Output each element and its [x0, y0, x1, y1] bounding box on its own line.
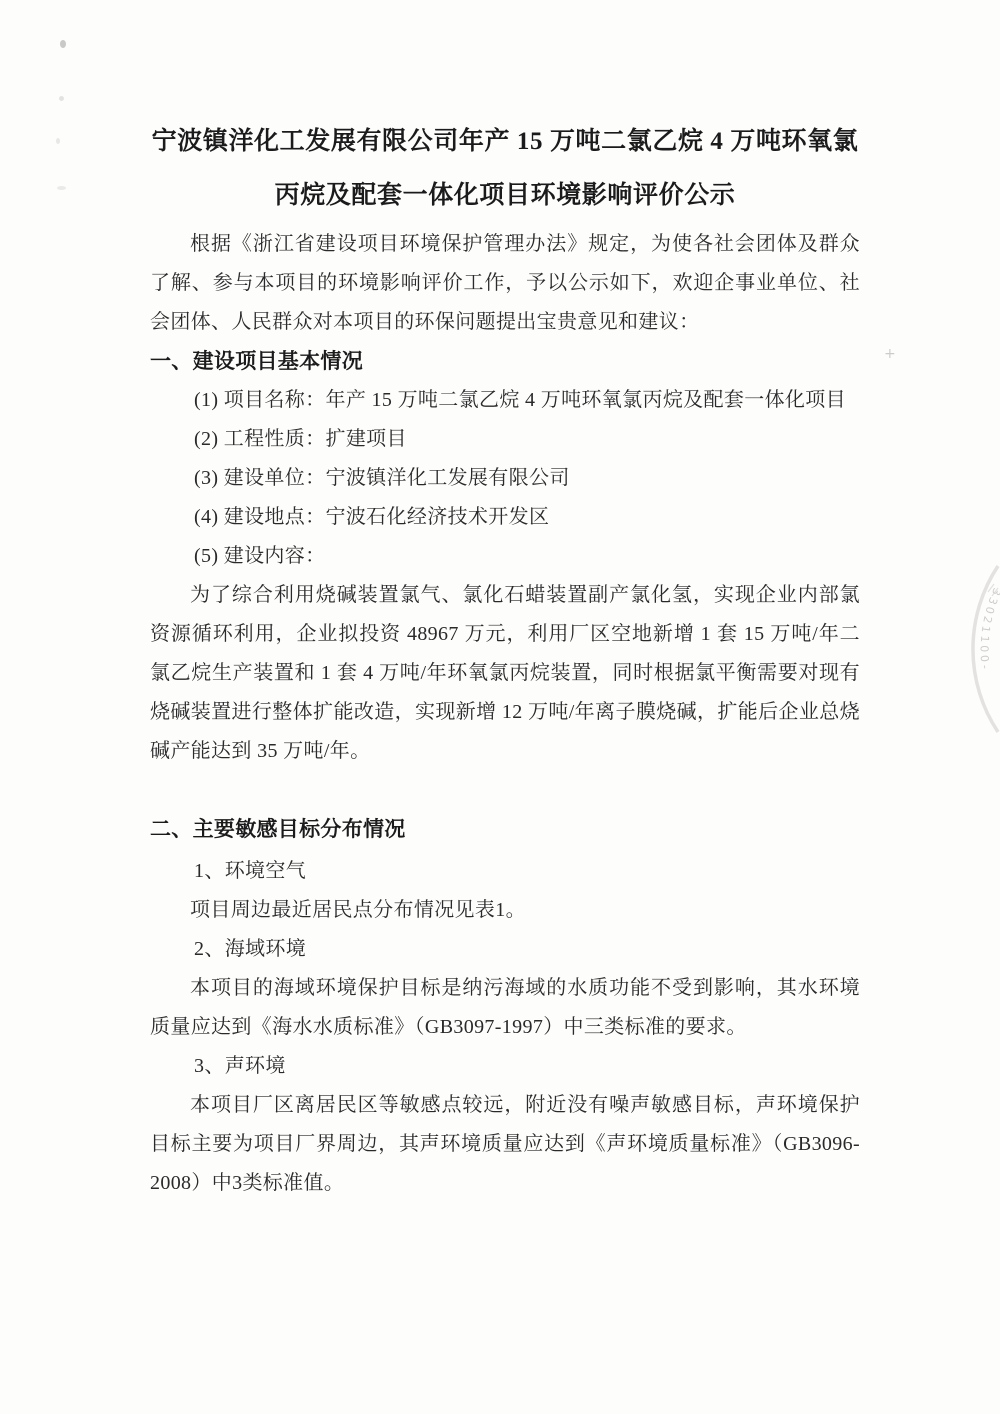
title-line-2: 丙烷及配套一体化项目环境影响评价公示	[150, 169, 860, 223]
subsection-sea-title: 2、海域环境	[150, 930, 860, 969]
construction-content-paragraph: 为了综合利用烧碱装置氯气、氯化石蜡装置副产氯化氢，实现企业内部氯资源循环利用，企…	[150, 576, 860, 771]
construction-site-item: (4) 建设地点：宁波石化经济技术开发区	[150, 498, 860, 537]
scan-artifact	[56, 138, 60, 144]
intro-paragraph: 根据《浙江省建设项目环境保护管理办法》规定，为使各社会团体及群众了解、参与本项目…	[150, 225, 860, 342]
construction-unit-item: (3) 建设单位：宁波镇洋化工发展有限公司	[150, 459, 860, 498]
document-page: 宁波镇洋化工发展有限公司年产 15 万吨二氯乙烷 4 万吨环氧氯 丙烷及配套一体…	[0, 0, 1000, 1414]
subsection-air-text: 项目周边最近居民点分布情况见表1。	[150, 891, 860, 930]
document-content: 宁波镇洋化工发展有限公司年产 15 万吨二氯乙烷 4 万吨环氧氯 丙烷及配套一体…	[150, 0, 860, 1203]
scan-artifact	[60, 40, 66, 48]
subsection-air-title: 1、环境空气	[150, 852, 860, 891]
scan-artifact-cross: +	[884, 346, 896, 362]
document-title: 宁波镇洋化工发展有限公司年产 15 万吨二氯乙烷 4 万吨环氧氯 丙烷及配套一体…	[150, 115, 860, 223]
subsection-sea-text: 本项目的海域环境保护目标是纳污海域的水质功能不受到影响，其水环境质量应达到《海水…	[150, 969, 860, 1047]
section-2-heading: 二、主要敏感目标分布情况	[150, 810, 860, 849]
subsection-noise-text: 本项目厂区离居民区等敏感点较远，附近没有噪声敏感目标，声环境保护目标主要为项目厂…	[150, 1086, 860, 1203]
project-name-item: (1) 项目名称：年产 15 万吨二氯乙烷 4 万吨环氧氯丙烷及配套一体化项目	[150, 381, 860, 420]
scan-artifact	[57, 186, 66, 190]
section-1-heading: 一、建设项目基本情况	[150, 342, 860, 381]
construction-content-item: (5) 建设内容：	[150, 537, 860, 576]
official-stamp-arc: 33021100-	[952, 562, 1000, 738]
scan-artifact	[59, 96, 64, 101]
project-nature-item: (2) 工程性质：扩建项目	[150, 420, 860, 459]
subsection-noise-title: 3、声环境	[150, 1047, 860, 1086]
title-line-1: 宁波镇洋化工发展有限公司年产 15 万吨二氯乙烷 4 万吨环氧氯	[150, 115, 860, 169]
